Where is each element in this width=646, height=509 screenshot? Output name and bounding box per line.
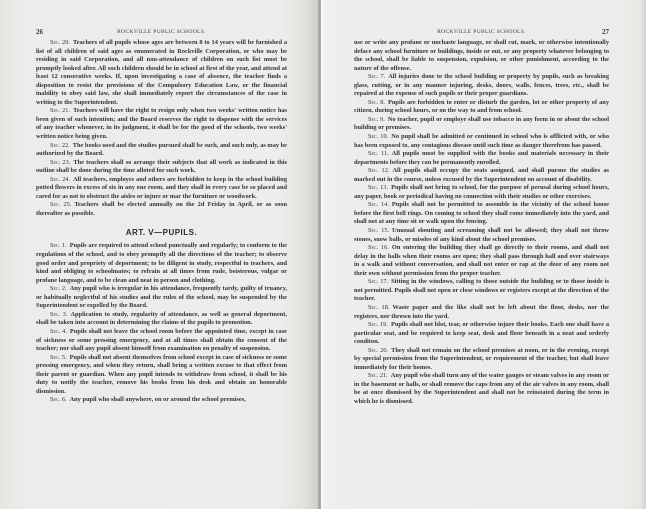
section-text: Pupils shall not leave the school room b… — [36, 328, 287, 352]
section-text: Any pupil who shall turn any of the wate… — [354, 372, 609, 405]
section-text: All pupils must be supplied with the boo… — [354, 150, 609, 166]
section-paragraph: Sec. 8.Pupils are forbidden to enter or … — [354, 99, 609, 116]
section-label: Sec. 19. — [368, 321, 388, 328]
section-text: Waste paper and the like shall not be le… — [354, 304, 609, 320]
section-label: Sec. 20. — [50, 39, 70, 46]
section-text: Application to study, regularity of atte… — [36, 311, 287, 327]
section-text: Unusual shouting and screaming shall not… — [354, 227, 609, 243]
running-head-title: ROCKVILLE PUBLIC SCHOOLS. — [117, 29, 206, 35]
section-label: Sec. 10. — [368, 133, 388, 140]
section-text: Sitting in the windows, calling to those… — [354, 278, 609, 302]
section-label: Sec. 2. — [50, 285, 67, 292]
section-text: Pupils shall not bring to school, for th… — [354, 184, 609, 200]
section-text: Teachers will have the right to resign o… — [36, 107, 287, 140]
section-paragraph: Sec. 25.Teachers shall be elected annual… — [36, 201, 287, 218]
section-label: Sec. 6. — [50, 396, 67, 403]
section-paragraph: Sec. 13.Pupils shall not bring to school… — [354, 184, 609, 201]
section-label: Sec. 1. — [50, 242, 67, 249]
section-label: Sec. 25. — [50, 201, 71, 208]
continuation-paragraph: use or write any profane or unchaste lan… — [354, 39, 609, 73]
section-paragraph: Sec. 12.All pupils shall occupy the seat… — [354, 167, 609, 184]
section-paragraph: Sec. 15.Unusual shouting and screaming s… — [354, 227, 609, 244]
section-paragraph: Sec. 11.All pupils must be supplied with… — [354, 150, 609, 167]
left-page-content: 26 ROCKVILLE PUBLIC SCHOOLS. Sec. 20.Tea… — [36, 29, 287, 405]
section-text: All teachers, employes and others are fo… — [36, 176, 287, 200]
section-paragraph: Sec. 20.Teachers of all pupils whose age… — [36, 39, 287, 107]
section-text: Pupils shall not absent themselves from … — [36, 354, 287, 395]
section-text: Any pupil who shall anywhere, on or arou… — [70, 396, 246, 403]
section-label: Sec. 24. — [50, 176, 70, 183]
section-text: They shall not remain on the school prem… — [354, 347, 609, 371]
section-text: Any pupil who is irregular in his attend… — [36, 285, 287, 309]
section-text: No teacher, pupil or employe shall use t… — [354, 116, 609, 132]
page-number: 26 — [36, 28, 43, 36]
running-head-title: ROCKVILLE PUBLIC SCHOOLS. — [437, 29, 526, 35]
section-label: Sec. 21. — [368, 372, 388, 379]
section-paragraph: Sec. 21.Teachers will have the right to … — [36, 107, 287, 141]
section-paragraph: Sec. 3.Application to study, regularity … — [36, 311, 287, 328]
section-text: Teachers shall be elected annually on th… — [36, 201, 287, 217]
section-label: Sec. 15. — [368, 227, 389, 234]
section-paragraph: Sec. 10.No pupil shall be admitted or co… — [354, 133, 609, 150]
left-page: 26 ROCKVILLE PUBLIC SCHOOLS. Sec. 20.Tea… — [0, 0, 321, 509]
section-label: Sec. 12. — [368, 167, 389, 174]
section-label: Sec. 13. — [368, 184, 388, 191]
gutter-highlight — [321, 0, 323, 509]
section-paragraph: Sec. 24.All teachers, employes and other… — [36, 176, 287, 202]
section-label: Sec. 3. — [50, 311, 67, 318]
section-label: Sec. 21. — [50, 107, 70, 114]
section-label: Sec. 22. — [50, 142, 70, 149]
section-text: Teachers of all pupils whose ages are be… — [36, 39, 287, 106]
page-number: 27 — [602, 28, 609, 36]
section-paragraph: Sec. 4.Pupils shall not leave the school… — [36, 328, 287, 354]
section-paragraph: Sec. 7.All injuries done to the school b… — [354, 73, 609, 99]
section-paragraph: Sec. 14.Pupils shall not be permitted to… — [354, 201, 609, 227]
section-label: Sec. 11. — [368, 150, 389, 157]
section-label: Sec. 14. — [368, 201, 389, 208]
section-paragraph: Sec. 9.No teacher, pupil or employe shal… — [354, 116, 609, 133]
section-text: Pupils shall not blot, tear, or otherwis… — [354, 321, 609, 345]
section-paragraph: Sec. 16.On entering the building they sh… — [354, 244, 609, 278]
running-head: 26 ROCKVILLE PUBLIC SCHOOLS. — [36, 29, 287, 39]
section-text: Pupils shall not be permitted to assembl… — [354, 201, 609, 225]
section-paragraph: Sec. 19.Pupils shall not blot, tear, or … — [354, 321, 609, 347]
section-paragraph: Sec. 1.Pupils are required to attend sch… — [36, 242, 287, 285]
section-text: The teachers shall so arrange their subj… — [36, 159, 287, 175]
right-page: ROCKVILLE PUBLIC SCHOOLS. 27 use or writ… — [321, 0, 646, 509]
section-paragraph: Sec. 20.They shall not remain on the sch… — [354, 347, 609, 373]
section-text: No pupil shall be admitted or continued … — [354, 133, 609, 149]
running-head: ROCKVILLE PUBLIC SCHOOLS. 27 — [354, 29, 609, 39]
section-text: On entering the building they shall go d… — [354, 244, 609, 277]
section-label: Sec. 9. — [368, 116, 385, 123]
section-label: Sec. 5. — [50, 354, 67, 361]
article-heading: ART. V—PUPILS. — [36, 228, 287, 237]
page-edge-shadow — [640, 0, 646, 509]
section-paragraph: Sec. 22.The books used and the studies p… — [36, 142, 287, 159]
section-text: Pupils are forbidden to enter or disturb… — [354, 99, 609, 115]
section-label: Sec. 8. — [368, 99, 385, 106]
section-text: The books used and the studies pursued s… — [36, 142, 287, 158]
book-spread: 26 ROCKVILLE PUBLIC SCHOOLS. Sec. 20.Tea… — [0, 0, 646, 509]
section-label: Sec. 4. — [50, 328, 67, 335]
section-text: All injuries done to the school building… — [354, 73, 609, 97]
section-paragraph: Sec. 17.Sitting in the windows, calling … — [354, 278, 609, 304]
section-label: Sec. 16. — [368, 244, 389, 251]
section-label: Sec. 7. — [368, 73, 385, 80]
section-label: Sec. 23. — [50, 159, 70, 166]
right-page-content: ROCKVILLE PUBLIC SCHOOLS. 27 use or writ… — [354, 29, 609, 407]
section-label: Sec. 18. — [368, 304, 390, 311]
section-text: All pupils shall occupy the seats assign… — [354, 167, 609, 183]
section-paragraph: Sec. 6.Any pupil who shall anywhere, on … — [36, 396, 287, 405]
section-paragraph: Sec. 2.Any pupil who is irregular in his… — [36, 285, 287, 311]
section-paragraph: Sec. 5.Pupils shall not absent themselve… — [36, 354, 287, 397]
section-text: Pupils are required to attend school pun… — [36, 242, 287, 283]
section-paragraph: Sec. 18.Waste paper and the like shall n… — [354, 304, 609, 321]
section-paragraph: Sec. 21.Any pupil who shall turn any of … — [354, 372, 609, 406]
section-label: Sec. 20. — [368, 347, 388, 354]
section-paragraph: Sec. 23.The teachers shall so arrange th… — [36, 159, 287, 176]
section-label: Sec. 17. — [368, 278, 388, 285]
